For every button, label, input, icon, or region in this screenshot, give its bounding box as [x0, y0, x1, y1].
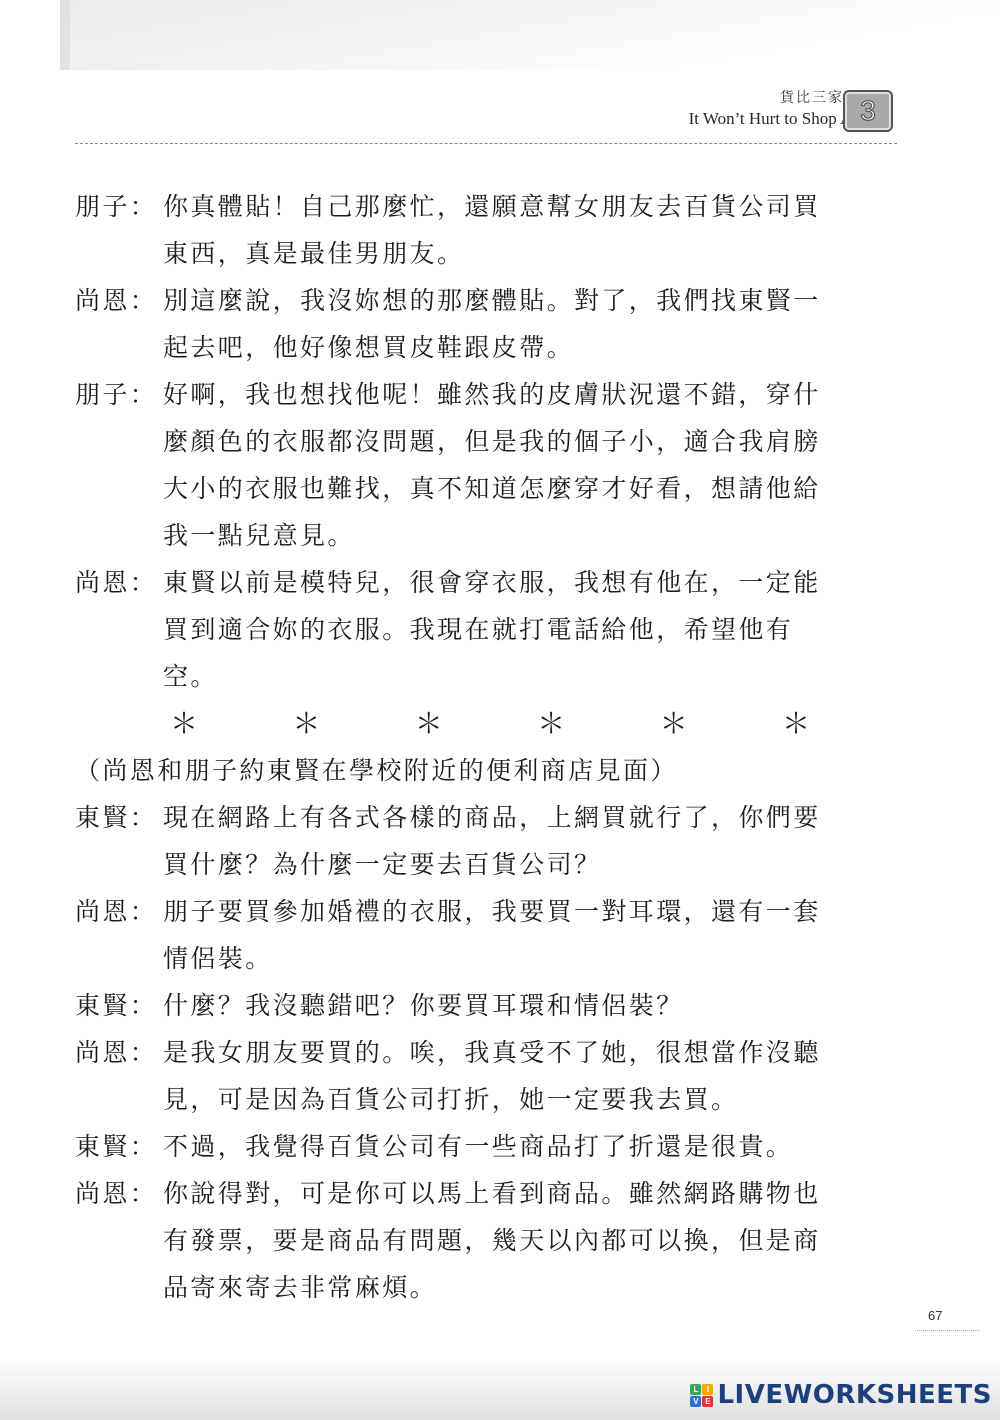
speech-line: 東賢以前是模特兒，很會穿衣服，我想有他在，一定能 [163, 559, 900, 606]
scene-separator: ＊ ＊ ＊ ＊ ＊ ＊ [75, 700, 810, 747]
speech-text: 東賢以前是模特兒，很會穿衣服，我想有他在，一定能買到適合妳的衣服。我現在就打電話… [163, 559, 905, 700]
header-divider [75, 143, 897, 144]
speech-text: 朋子要買參加婚禮的衣服，我要買一對耳環，還有一套情侶裝。 [163, 888, 905, 982]
asterisk: ＊ [537, 700, 565, 747]
logo-letter: E [702, 1396, 713, 1407]
speech-line: 麼顏色的衣服都沒問題，但是我的個子小，適合我肩膀 [163, 418, 900, 465]
asterisk: ＊ [415, 700, 443, 747]
speech-text: 好啊，我也想找他呢！雖然我的皮膚狀況還不錯，穿什麼顏色的衣服都沒問題，但是我的個… [163, 371, 905, 559]
speech-line: 大小的衣服也難找，真不知道怎麼穿才好看，想請他給 [163, 465, 900, 512]
logo-letter: I [702, 1384, 713, 1395]
speech-line: 好啊，我也想找他呢！雖然我的皮膚狀況還不錯，穿什 [163, 371, 900, 418]
page-number-rule [915, 1330, 980, 1331]
speaker-label: 尚恩： [75, 888, 163, 982]
speech-line: 是我女朋友要買的。唉，我真受不了她，很想當作沒聽 [163, 1029, 900, 1076]
logo-letter: V [690, 1396, 701, 1407]
asterisk: ＊ [782, 700, 810, 747]
speech-line: 起去吧，他好像想買皮鞋跟皮帶。 [163, 324, 900, 371]
speech-text: 什麼？我沒聽錯吧？你要買耳環和情侶裝？ [163, 982, 905, 1029]
dialogue-turn: 尚恩：是我女朋友要買的。唉，我真受不了她，很想當作沒聽見，可是因為百貨公司打折，… [75, 1029, 905, 1123]
speech-line: 什麼？我沒聽錯吧？你要買耳環和情侶裝？ [163, 982, 900, 1029]
speech-line: 情侶裝。 [163, 935, 900, 982]
speech-line: 我一點兒意見。 [163, 512, 900, 559]
speech-text: 現在網路上有各式各樣的商品，上網買就行了，你們要買什麼？為什麼一定要去百貨公司？ [163, 794, 905, 888]
speaker-label: 尚恩： [75, 559, 163, 700]
watermark-text: LIVEWORKSHEETS [717, 1380, 992, 1410]
dialogue-turn: 東賢：不過，我覺得百貨公司有一些商品打了折還是很貴。 [75, 1123, 905, 1170]
speech-line: 你真體貼！自己那麼忙，還願意幫女朋友去百貨公司買 [163, 183, 900, 230]
dialogue-text: 朋子：你真體貼！自己那麼忙，還願意幫女朋友去百貨公司買東西，真是最佳男朋友。尚恩… [75, 183, 905, 1311]
dialogue-turn: 尚恩：朋子要買參加婚禮的衣服，我要買一對耳環，還有一套情侶裝。 [75, 888, 905, 982]
speaker-label: 朋子： [75, 371, 163, 559]
dialogue-turn: 東賢：什麼？我沒聽錯吧？你要買耳環和情侶裝？ [75, 982, 905, 1029]
dialogue-turn: 尚恩：別這麼說，我沒妳想的那麼體貼。對了，我們找東賢一起去吧，他好像想買皮鞋跟皮… [75, 277, 905, 371]
speech-line: 品寄來寄去非常麻煩。 [163, 1264, 900, 1311]
speaker-label: 東賢： [75, 982, 163, 1029]
speech-line: 東西，真是最佳男朋友。 [163, 230, 900, 277]
live-logo-icon: L I V E [690, 1384, 713, 1407]
speaker-label: 尚恩： [75, 1029, 163, 1123]
dialogue-turn: 尚恩：東賢以前是模特兒，很會穿衣服，我想有他在，一定能買到適合妳的衣服。我現在就… [75, 559, 905, 700]
speaker-label: 東賢： [75, 794, 163, 888]
speaker-label: 尚恩： [75, 277, 163, 371]
asterisk: ＊ [292, 700, 320, 747]
speech-line: 見，可是因為百貨公司打折，她一定要我去買。 [163, 1076, 900, 1123]
speaker-label: 尚恩： [75, 1170, 163, 1311]
speech-text: 別這麼說，我沒妳想的那麼體貼。對了，我們找東賢一起去吧，他好像想買皮鞋跟皮帶。 [163, 277, 905, 371]
speaker-label: 東賢： [75, 1123, 163, 1170]
page-number: 67 [928, 1308, 942, 1323]
dialogue-block-2: 東賢：現在網路上有各式各樣的商品，上網買就行了，你們要買什麼？為什麼一定要去百貨… [75, 794, 905, 1311]
speech-line: 你說得對，可是你可以馬上看到商品。雖然網路購物也 [163, 1170, 900, 1217]
speech-line: 有發票，要是商品有問題，幾天以內都可以換，但是商 [163, 1217, 900, 1264]
speech-line: 買到適合妳的衣服。我現在就打電話給他，希望他有 [163, 606, 900, 653]
speech-line: 別這麼說，我沒妳想的那麼體貼。對了，我們找東賢一 [163, 277, 900, 324]
speech-line: 不過，我覺得百貨公司有一些商品打了折還是很貴。 [163, 1123, 900, 1170]
dialogue-turn: 朋子：好啊，我也想找他呢！雖然我的皮膚狀況還不錯，穿什麼顏色的衣服都沒問題，但是… [75, 371, 905, 559]
asterisk: ＊ [660, 700, 688, 747]
dialogue-turn: 尚恩：你說得對，可是你可以馬上看到商品。雖然網路購物也有發票，要是商品有問題，幾… [75, 1170, 905, 1311]
dialogue-block-1: 朋子：你真體貼！自己那麼忙，還願意幫女朋友去百貨公司買東西，真是最佳男朋友。尚恩… [75, 183, 905, 700]
logo-letter: L [690, 1384, 701, 1395]
asterisk: ＊ [170, 700, 198, 747]
speech-line: 朋子要買參加婚禮的衣服，我要買一對耳環，還有一套 [163, 888, 900, 935]
speech-text: 你真體貼！自己那麼忙，還願意幫女朋友去百貨公司買東西，真是最佳男朋友。 [163, 183, 905, 277]
scan-shadow [60, 0, 1000, 70]
speech-line: 買什麼？為什麼一定要去百貨公司？ [163, 841, 900, 888]
speaker-label: 朋子： [75, 183, 163, 277]
speech-line: 空。 [163, 653, 900, 700]
stage-direction: （尚恩和朋子約東賢在學校附近的便利商店見面） [75, 747, 905, 794]
speech-text: 你說得對，可是你可以馬上看到商品。雖然網路購物也有發票，要是商品有問題，幾天以內… [163, 1170, 905, 1311]
scan-edge [60, 0, 70, 70]
dialogue-turn: 東賢：現在網路上有各式各樣的商品，上網買就行了，你們要買什麼？為什麼一定要去百貨… [75, 794, 905, 888]
dialogue-turn: 朋子：你真體貼！自己那麼忙，還願意幫女朋友去百貨公司買東西，真是最佳男朋友。 [75, 183, 905, 277]
speech-text: 是我女朋友要買的。唉，我真受不了她，很想當作沒聽見，可是因為百貨公司打折，她一定… [163, 1029, 905, 1123]
speech-text: 不過，我覺得百貨公司有一些商品打了折還是很貴。 [163, 1123, 905, 1170]
speech-line: 現在網路上有各式各樣的商品，上網買就行了，你們要 [163, 794, 900, 841]
liveworksheets-logo: L I V E LIVEWORKSHEETS [690, 1380, 992, 1410]
chapter-number-badge: 3 [843, 90, 893, 132]
